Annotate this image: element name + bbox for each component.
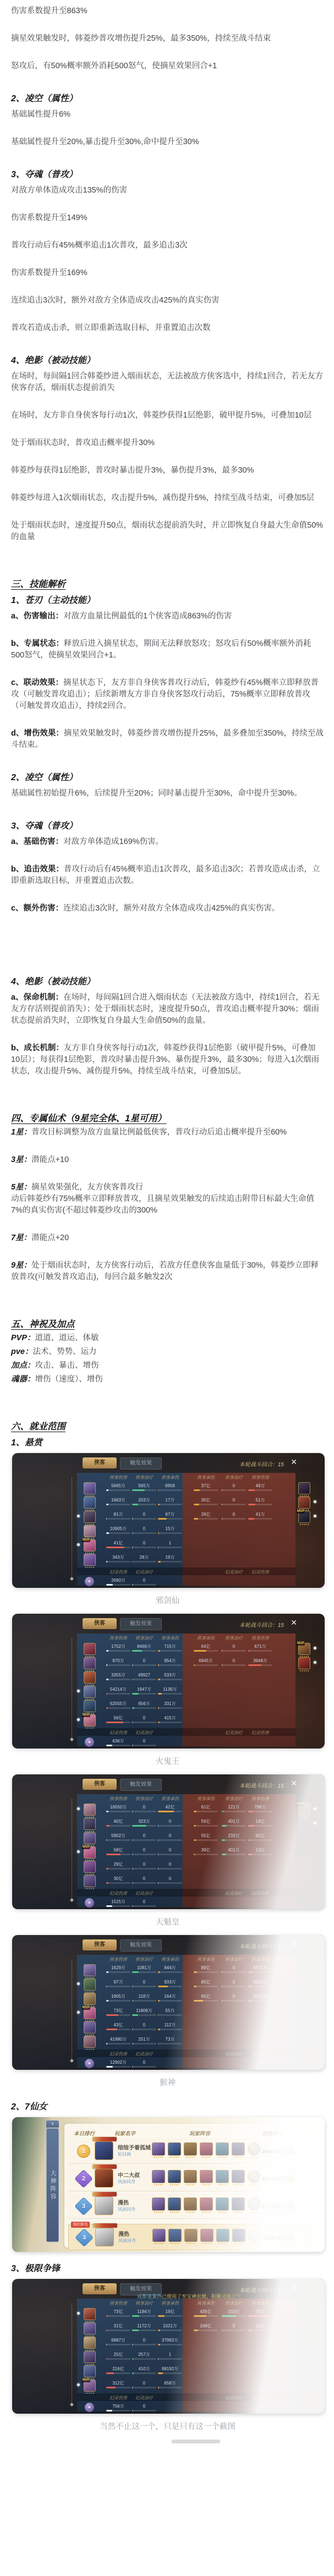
stat-bar-fill: [106, 1693, 107, 1695]
stat-bar-fill: [194, 2330, 198, 2331]
stat-cell: 42亿: [155, 1805, 185, 1812]
stat-value: 1184万: [129, 2309, 159, 2314]
hero-avatar: ★★★★★: [84, 2365, 96, 2377]
turn-marker-dot: [77, 1850, 80, 1853]
column-header: 侠客伤害: [245, 1475, 275, 1481]
stat-bar-track: [106, 2330, 130, 2331]
player-avatar: [95, 2228, 114, 2246]
tab-trigger-effects[interactable]: 触发效果: [120, 1618, 162, 1630]
stat-value: 671万: [245, 1644, 275, 1649]
lineup-hero-tile: ★★★★★: [216, 2170, 229, 2183]
stat-value: 13亿: [245, 1819, 275, 1824]
heading-jueying-2: 4、绝影（被动技能）: [11, 976, 324, 988]
stat-cell: 323万: [129, 1819, 159, 1827]
stat-value: 5902万: [103, 1833, 133, 1838]
paragraph: 摘星效果触发时，韩菱纱普攻增伤提升25%，最多350%，持续至战斗结束: [11, 33, 324, 45]
column-header: 侠客承伤: [191, 1796, 221, 1802]
stat-bar-fill: [106, 1745, 112, 1746]
stat-bar-track: [106, 2410, 130, 2411]
stat-bar-track: [132, 1854, 156, 1855]
phantom-column-header: 幻灵治疗: [129, 1730, 159, 1736]
stat-value: 11808万: [129, 2008, 159, 2013]
stat-value: 58亿: [103, 1848, 133, 1852]
rank-number: 3: [83, 2234, 86, 2241]
trial-score: 123679亿: [262, 2233, 294, 2241]
stat-cell: 0: [129, 1980, 159, 1987]
heading-jueying: 4、绝影（被动技能）: [11, 355, 324, 367]
stat-bar-track: [194, 1489, 218, 1491]
mvp-badge: MVP: [297, 1642, 305, 1646]
stat-cell: 1629万: [103, 1965, 133, 1973]
lineup-hero-tile: ★★★★★: [248, 2229, 261, 2242]
stat-bar-track: [158, 1825, 182, 1827]
battle-report-screenshot-1: 侠客触发效果本轮战斗回合：15✕侠客伤害侠客治疗侠客承伤侠客承伤侠客治疗侠客伤害…: [12, 1453, 325, 1588]
build-text: 增伤（速度）、增伤: [35, 1375, 103, 1384]
stat-bar-track: [132, 1971, 156, 1973]
stat-value: 118万: [129, 1994, 159, 1999]
stat-bar-track: [106, 1707, 130, 1709]
stat-value: 65亿: [191, 1994, 221, 1999]
lineup-hero-tile: ★★★★★: [248, 2197, 261, 2211]
build-label: PVP：: [11, 1334, 35, 1342]
player-avatar: [95, 2196, 113, 2215]
stat-bar-fill: [158, 1650, 160, 1652]
stat-bar-fill: [106, 1650, 108, 1652]
stat-value: 15万: [155, 1526, 185, 1531]
stat-cell: 67万: [155, 1512, 185, 1520]
paragraph: 怒攻后，有50%概率额外消耗500怒气，使摘星效果回合+1: [11, 61, 324, 72]
phantom-column-header: 幻灵伤害: [245, 1569, 275, 1575]
stat-value: 40亿: [103, 1819, 133, 1824]
stat-value: 41亿: [103, 1541, 133, 1545]
stat-bar-fill: [132, 1707, 134, 1709]
stat-cell: 0: [129, 1862, 159, 1870]
paragraph-label: c、额外伤害：: [11, 904, 63, 913]
stat-value: 0: [219, 2323, 249, 2328]
stat-bar-fill: [248, 1518, 254, 1520]
turn-marker-dot: [77, 2011, 80, 2014]
stat-cell: 28亿: [191, 1512, 221, 1520]
stat-value: 41万: [245, 1512, 275, 1517]
labeled-paragraph: b、专属状态：释放后进入摘星状态，期间无法释放怒攻；怒攻后有50%概率额外消耗5…: [11, 638, 324, 661]
stat-value: 756万: [103, 2404, 133, 2409]
stat-bar-track: [132, 1518, 156, 1520]
tile-star-rating: ★★★★★: [232, 2211, 244, 2214]
stat-bar-fill: [248, 2330, 251, 2331]
turn-marker-dot: [314, 1822, 316, 1824]
stat-value: 56亿: [103, 1715, 133, 1720]
close-icon[interactable]: ✕: [291, 2283, 297, 2293]
lineup-hero-tile: ★★★★★: [152, 2197, 165, 2211]
stat-bar-track: [106, 2014, 130, 2016]
stat-bar-track: [158, 1561, 182, 1563]
phantom-column-header: 幻灵治疗: [219, 1890, 249, 1897]
hero-avatar: ★★★★★: [84, 1657, 96, 1669]
column-header: 侠客治疗: [219, 1475, 249, 1481]
hero-avatar: ★★★★★: [84, 2036, 96, 2048]
timeline-line: [72, 1477, 72, 1579]
tab-heroes[interactable]: 侠客: [83, 1618, 117, 1629]
hero-avatar: ★★★★★: [84, 1511, 96, 1523]
stat-value: 0: [129, 1658, 159, 1663]
stat-bar-track: [106, 2344, 130, 2345]
stat-bar-track: [106, 1971, 130, 1973]
tile-star-rating: ★★★★★: [184, 2211, 196, 2214]
stat-cell: 0: [129, 1739, 159, 1746]
leaderboard-column-header: 玩家阵容: [189, 2129, 210, 2137]
stat-cell: 0: [129, 1899, 159, 1907]
stat-cell: 0: [219, 1965, 249, 1973]
stat-value: 3355万: [103, 1673, 133, 1678]
lineup-hero-tile: ★★★★★: [152, 2229, 166, 2242]
stat-bar-track: [158, 2029, 182, 2030]
build-text: 攻击、暴击、增伤: [35, 1361, 99, 1370]
stat-bar-fill: [194, 1664, 195, 1666]
battle-report-screenshot-2: 侠客触发效果本轮战斗回合：15✕侠客伤害侠客治疗侠客承伤侠客承伤侠客治疗侠客伤害…: [12, 1614, 325, 1749]
hero-avatar: ★★★★★: [298, 1482, 310, 1494]
close-icon[interactable]: ✕: [291, 1457, 297, 1467]
stat-cell: 343万: [103, 1555, 133, 1563]
phantom-column-header: 幻灵伤害: [103, 1730, 133, 1736]
player-name: 漫热: [118, 2229, 129, 2238]
stat-cell: 2690万: [103, 1578, 133, 1586]
stat-bar-fill: [106, 1547, 124, 1548]
stat-bar-track: [248, 1650, 272, 1652]
stat-bar-track: [158, 1679, 182, 1680]
stat-cell: 954万: [155, 1658, 185, 1666]
stat-bar-track: [194, 1650, 218, 1652]
stat-cell: 65亿: [191, 1994, 221, 2002]
stat-bar-fill: [132, 2043, 133, 2045]
stat-value: 0: [155, 1876, 185, 1881]
paragraph-label: d、增伤效果：: [11, 729, 64, 738]
build-label: 魂器：: [11, 1375, 35, 1384]
stat-bar-track: [158, 2000, 182, 2002]
stat-value: 39亿: [191, 1848, 221, 1852]
stat-bar-track: [132, 1986, 156, 1987]
stat-bar-fill: [158, 1489, 158, 1491]
stat-bar-track: [248, 1971, 272, 1973]
column-header: 侠客伤害: [245, 1796, 275, 1802]
hero-avatar: ★★★★★: [84, 2351, 96, 2363]
phantom-avatar: ✦: [85, 1577, 94, 1586]
battle-report-screenshot-4: 侠客触发效果本轮战斗回合：15✕侠客伤害侠客治疗侠客承伤侠客承伤侠客治疗侠客伤害…: [12, 1935, 325, 2070]
stat-bar-track: [222, 2330, 246, 2331]
hero-avatar: ★★★★★: [84, 1964, 96, 1976]
mvp-badge: MVP: [82, 2378, 90, 2382]
stat-value: 43亿: [103, 2023, 133, 2027]
stat-value: 1752万: [103, 1644, 133, 1649]
tile-star-rating: ★★★★★: [233, 2242, 245, 2245]
column-header: 侠客治疗: [219, 1956, 249, 1963]
column-header: 侠客承伤: [155, 1796, 185, 1802]
system-message: 成都速翼热已使用了至宝神农鼎，积聚灵雨之气: [75, 2293, 303, 2300]
stat-bar-track: [248, 1986, 272, 1987]
turn-marker-dot: [314, 1807, 316, 1810]
stat-bar-track: [132, 1561, 156, 1563]
player-name: 成都速翼热: [137, 2294, 162, 2299]
player-avatar: [95, 2169, 113, 2188]
hero-avatar: ★★★★★: [84, 1482, 96, 1494]
stat-value: 29亿: [103, 1862, 133, 1867]
lineup-hero-tile: ★★★★★: [232, 2170, 245, 2183]
paragraph-text: 连续追击3次时，额外对敌方全体造成攻击425%的真实伤害。: [63, 904, 280, 913]
phantom-column-header: 幻灵伤害: [103, 2395, 133, 2401]
paragraph: 对敌方单体造成攻击135%的伤害: [11, 185, 324, 196]
stat-cell: 0: [129, 1833, 159, 1841]
stat-bar-fill: [194, 1504, 199, 1505]
tile-star-rating: ★★★★★: [200, 2211, 212, 2214]
hero-avatar: ★★★★★MVP: [298, 1643, 310, 1655]
stat-bar-fill: [158, 2344, 160, 2345]
leaderboard-column-header: 本日排行: [74, 2129, 95, 2137]
stat-cell: 1525万: [103, 1899, 133, 1907]
stat-bar-track: [106, 1825, 130, 1827]
tab-heroes[interactable]: 侠客: [83, 1779, 117, 1790]
phantom-column-header: 幻灵治疗: [219, 2051, 249, 2057]
column-header: 侠客治疗: [129, 1796, 159, 1802]
star-paragraph: 5星：摘星效果强化，友方侠客普攻行 动后韩菱纱有75%概率立即释放普攻，且摘星效…: [11, 1182, 324, 1216]
stat-bar-fill: [158, 1664, 159, 1666]
image-caption: 当然不止这一个，只是只有这一个截图: [11, 2420, 324, 2432]
stat-bar-fill: [132, 1489, 145, 1491]
tab-trigger-effects[interactable]: 触发效果: [120, 1457, 162, 1470]
paragraph: 处于烟雨状态时，速度提升50点，烟雨状态提前消失时，并立即恢复自身最大生命值50…: [11, 520, 324, 543]
mvp-badge: MVP: [82, 2006, 90, 2010]
stat-bar-track: [158, 1882, 182, 1884]
stat-value: 0: [129, 1833, 159, 1838]
stat-cell: 35亿: [191, 1498, 221, 1505]
rank-number: 2: [82, 2175, 85, 2182]
lineup-hero-tile: ★★★★★: [168, 2197, 181, 2211]
stat-bar-track: [248, 2315, 272, 2317]
stat-value: 85亿: [191, 1980, 221, 1985]
stat-bar-track: [132, 1664, 156, 1666]
stat-value: 401万: [219, 1848, 249, 1852]
stat-cell: 61亿: [191, 1805, 221, 1812]
stat-bar-fill: [248, 1854, 252, 1855]
stat-cell: 0: [129, 1876, 159, 1884]
stat-bar-track: [106, 1664, 130, 1666]
mvp-badge: MVP: [82, 1538, 90, 1542]
stat-bar-track: [158, 1868, 182, 1870]
stat-value: 19亿: [155, 2309, 185, 2314]
stat-bar-fill: [132, 1905, 133, 1907]
stat-bar-fill: [158, 2014, 158, 2016]
stat-bar-track: [158, 1722, 182, 1723]
stat-value: 0: [129, 1526, 159, 1531]
paragraph: 普攻若造成击杀，则立即重新选取目标，并重置追击次数: [11, 322, 324, 334]
stat-cell: 0: [155, 1862, 185, 1870]
stat-value: 89亿: [191, 1965, 221, 1970]
lineup-hero-tile: ★★★★★: [184, 2229, 198, 2242]
stat-bar-track: [106, 2066, 130, 2068]
stat-bar-fill: [132, 2372, 134, 2374]
stat-bar-fill: [132, 1811, 133, 1812]
tab-trigger-effects[interactable]: 触发效果: [120, 1779, 162, 1791]
stat-value: 37亿: [191, 1483, 221, 1488]
hero-avatar: ★★★★★MVP: [84, 1846, 96, 1859]
stat-bar-track: [222, 1489, 246, 1491]
phantom-avatar: ✦: [85, 1898, 94, 1908]
stat-bar-fill: [132, 1839, 133, 1841]
stat-bar-fill: [106, 1905, 112, 1907]
build-line-pvp: PVP：道道、道运、体敏: [11, 1333, 324, 1344]
build-text: 道道、道运、体敏: [35, 1334, 99, 1342]
stat-bar-fill: [158, 1518, 167, 1520]
column-header: 侠客伤害: [245, 1635, 275, 1641]
stat-bar-fill: [106, 1707, 108, 1709]
stat-cell: 0: [219, 1498, 249, 1505]
lineup-hero-tile: ★★★★★: [216, 2229, 229, 2242]
stat-bar-fill: [158, 1561, 161, 1563]
stat-bar-track: [194, 1664, 218, 1666]
stat-value: 1947万: [129, 1687, 159, 1692]
tile-star-rating: ★★★★★: [216, 2156, 228, 2159]
stat-cell: 25亿: [245, 2309, 275, 2317]
close-icon[interactable]: ✕: [291, 1939, 297, 1949]
stat-cell: 73亿: [103, 2309, 133, 2317]
lineup-hero-tile: ★★★★★: [232, 2197, 245, 2211]
stat-bar-track: [106, 1905, 130, 1907]
stat-value: 3948万: [245, 1658, 275, 1663]
stat-value: 401万: [219, 1819, 249, 1824]
stat-cell: 796万: [245, 1805, 275, 1812]
stat-value: 81万: [103, 1512, 133, 1517]
close-icon[interactable]: ✕: [291, 1618, 297, 1627]
stat-value: 202亿: [219, 2309, 249, 2314]
tile-star-rating: ★★★★★: [153, 2242, 165, 2245]
lineup-hero-tile: ★★★★★: [152, 2142, 165, 2156]
stat-bar-track: [106, 1868, 130, 1870]
stat-bar-fill: [222, 2315, 236, 2317]
paragraph-text: 处于烟雨状态时，友方侠客行动后，若敌方任意侠客血量低于30%，韩菱纱立即释放普攻…: [11, 1261, 319, 1281]
star-label: 7星：: [11, 1234, 31, 1242]
stat-cell: 39亿: [191, 1848, 221, 1855]
turn-marker-dot: [77, 1690, 80, 1692]
lineup-hero-tile: ★★★★★: [184, 2142, 197, 2156]
stat-cell: 1: [155, 2352, 185, 2360]
lineup-hero-tile: ★★★★★: [232, 2229, 245, 2242]
stat-bar-fill: [132, 1986, 133, 1987]
stat-cell: 202亿: [219, 2309, 249, 2317]
stat-bar-track: [106, 2315, 130, 2317]
stat-bar-track: [194, 1854, 218, 1855]
tab-heroes[interactable]: 侠客: [83, 1457, 117, 1468]
stat-bar-fill: [132, 1561, 133, 1563]
turn-marker-dot: [77, 2383, 80, 2386]
stat-value: 216亿: [103, 2366, 133, 2371]
hero-avatar: ★★★★★MVP: [84, 2380, 96, 2392]
labeled-paragraph: a、伤害输出：对敌方血量比例最低的1个侠客造成863%的伤害: [11, 611, 324, 622]
heading-lingkong: 2、凌空（属性）: [11, 93, 324, 105]
stat-bar-track: [222, 1986, 246, 1987]
stat-cell: 401万: [219, 1819, 249, 1827]
close-icon[interactable]: ✕: [291, 1779, 297, 1788]
stat-value: 5665万: [103, 1483, 133, 1488]
column-header: 侠客治疗: [219, 1796, 249, 1802]
stat-cell: 1752万: [103, 1644, 133, 1652]
avatar-star-rating: ★★★★★: [299, 1523, 310, 1526]
stat-bar-track: [158, 2330, 182, 2331]
stat-value: 656万: [129, 1701, 159, 1706]
stat-value: 1905万: [103, 1994, 133, 1999]
stat-cell: 5665万: [103, 1483, 133, 1491]
phantom-column-header: 幻灵伤害: [245, 2395, 275, 2401]
timeline-line: [72, 1799, 72, 1900]
stat-value: 933万: [155, 1980, 185, 1985]
stat-cell: 12902万: [103, 2060, 133, 2068]
phantom-column-header: 幻灵治疗: [129, 2395, 159, 2401]
stat-bar-track: [194, 1518, 218, 1520]
stat-bar-track: [248, 1518, 272, 1520]
tab-trigger-effects[interactable]: 触发效果: [120, 1939, 162, 1952]
tile-star-rating: ★★★★★: [168, 2156, 180, 2159]
stat-cell: 40亿: [103, 1819, 133, 1827]
battle-round-label: 本轮战斗回合：15: [239, 1620, 284, 1629]
stat-bar-fill: [106, 1489, 108, 1491]
image-caption: 猴神: [11, 2076, 324, 2088]
hero-avatar: ★★★★★: [84, 1686, 96, 1698]
stat-value: 323万: [129, 1819, 159, 1824]
stat-value: 0: [155, 1862, 185, 1867]
tile-star-rating: ★★★★★: [232, 2183, 244, 2186]
tab-heroes[interactable]: 侠客: [83, 1939, 117, 1950]
stat-bar-fill: [132, 2315, 139, 2317]
labeled-paragraph: c、额外伤害：连续追击3次时，额外对敌方全体造成攻击425%的真实伤害。: [11, 903, 324, 914]
rank-number: 3: [82, 2203, 85, 2210]
stat-bar-fill: [132, 1722, 133, 1723]
stat-cell: 6987万: [103, 2338, 133, 2345]
stat-bar-track: [158, 1664, 182, 1666]
stat-bar-fill: [248, 2315, 269, 2317]
stat-value: 64亿: [191, 1644, 221, 1649]
stat-bar-fill: [106, 2372, 114, 2374]
stat-cell: 0: [155, 1848, 185, 1855]
stat-cell: 0: [129, 1526, 159, 1534]
lineup-hero-tile: ★★★★★: [200, 2142, 213, 2156]
stat-cell: 29亿: [103, 1862, 133, 1870]
stat-bar-fill: [194, 1971, 197, 1973]
phantom-column-header: 幻灵治疗: [129, 2051, 159, 2057]
stat-cell: 37亿: [191, 1483, 221, 1491]
bottom-image-stub: [172, 2440, 220, 2443]
paragraph: 伤害系数提升至149%: [11, 212, 324, 224]
stat-value: 121万: [219, 1805, 249, 1810]
banner-collapse-chevron-icon[interactable]: ∨: [46, 2120, 59, 2128]
avatar-star-rating: ★★★★★: [299, 1816, 310, 1818]
stat-cell: 58亿: [103, 1848, 133, 1855]
tile-star-rating: ★★★★★: [152, 2183, 165, 2186]
stat-cell: 0: [219, 1994, 249, 2002]
stat-value: 55万: [155, 2008, 185, 2013]
hero-avatar: ★★★★★: [84, 2021, 96, 2034]
stat-bar-track: [106, 1489, 130, 1491]
stat-bar-fill: [132, 2410, 133, 2411]
stat-bar-fill: [194, 2315, 206, 2317]
stat-value: 97万: [103, 1980, 133, 1985]
stat-value: 31亿: [103, 2323, 133, 2328]
build-line-soulgear: 魂器：增伤（速度）、增伤: [11, 1374, 324, 1385]
stat-cell: 203万: [129, 1498, 159, 1505]
stat-bar-track: [106, 1811, 130, 1812]
labeled-paragraph: b、成长机制：友方非自身侠客每行动1次，韩菱纱获得1层绝影（破甲提升5%，可叠加…: [11, 1043, 324, 1077]
stat-bar-track: [158, 2043, 182, 2045]
stat-value: 6945万: [191, 1658, 221, 1663]
stat-bar-fill: [106, 1839, 107, 1841]
stat-bar-fill: [132, 2344, 133, 2345]
player-name: 漫热: [118, 2198, 129, 2206]
